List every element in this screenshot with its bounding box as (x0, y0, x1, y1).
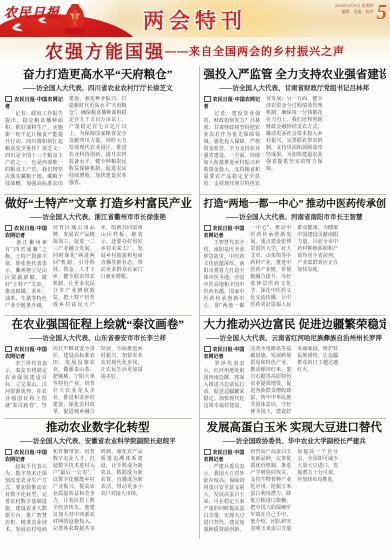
masthead: 农民日报 两会特刊 2023年3月9日 星期四 编辑 美编 校对 5 (0, 0, 390, 37)
issue-info: 2023年3月9日 星期四 编辑 美编 校对 5 (335, 3, 387, 21)
article-body: 农民日报·中国农网记者 记者：建设农业强省，财政如何发力？吕林邦：甘肃财政将坚持… (204, 96, 386, 192)
issue-lines: 2023年3月9日 星期四 编辑 美编 校对 (335, 3, 373, 15)
article-text: 记者：政府工作报告提出，稳定粮食播种面积，抓好油料生产，实施新一轮千亿斤粮食产能… (5, 96, 127, 187)
reporter-badge-icon (204, 96, 211, 102)
article-text: 记者：建设农业强省，财政如何发力？吕林邦：甘肃财政将坚持把农业农村作为优先保障领… (204, 96, 323, 187)
article-byline: 农民日报·中国农网记者 (204, 97, 261, 110)
article-title: 强投入严监管 全力支持农业强省建设 (204, 69, 386, 82)
issue-staff: 编辑 美编 校对 (335, 9, 373, 15)
main-headline: 农强方能国强 (45, 38, 165, 64)
article-section: 打造“两地一都一中心” 推动中医药传承创新发展 ——访全国人大代表、河南省南阳市… (199, 194, 387, 315)
article-section: 强投入严监管 全力支持农业强省建设 ——访全国人大代表、甘肃省财政厅党组书记吕林… (199, 66, 387, 194)
newspaper-page: 农民日报 两会特刊 2023年3月9日 星期四 编辑 美编 校对 5 农强方能国… (0, 0, 390, 557)
article-title: 大力推动兴边富民 促进边疆繁荣稳定 (204, 319, 386, 332)
article-section: 大力推动兴边富民 促进边疆繁荣稳定 ——访全国人大代表、云南省红河哈尼族彝族自治… (199, 315, 387, 418)
article-body: 农民日报·中国农网记者 记者：政府工作报告提出，稳定粮食播种面积，抓好油料生产，… (5, 96, 191, 192)
reporter-badge-icon (5, 346, 12, 352)
article-subtitle: ——访全国人大代表、四川省农业农村厅厅长徐芝文 (5, 84, 191, 93)
article-subtitle: ——访全国政协委员、华中农业大学副校长严建兵 (204, 437, 386, 446)
article-title: 做好“土特产”文章 打造乡村富民产业 (5, 198, 191, 211)
article-subtitle: ——访全国人大代表、山东省泰安市市长李兰祥 (5, 334, 191, 343)
tiananmen-pillar-icon (58, 2, 92, 36)
reporter-badge-icon (5, 449, 12, 455)
article-subtitle: ——访全国人大代表、云南省红河哈尼族彝族自治州州长罗萍 (204, 334, 386, 343)
article-subtitle: ——访全国人大代表、河南省南阳市市长王智慧 (204, 213, 386, 222)
article-section: 推动农业数字化转型 ——访全国人大代表、安徽省农业科学院副院长赵皖平 农民日报·… (4, 418, 192, 539)
article-title: 发展高蛋白玉米 实现大豆进口替代 (204, 422, 386, 435)
article-section: 做好“土特产”文章 打造乡村富民产业 ——访全国人大代表、浙江省衢州市市长徐张艳… (4, 194, 192, 315)
reporter-badge-icon (5, 225, 12, 231)
reporter-badge-icon (204, 225, 211, 231)
article-section: 奋力打造更高水平“天府粮仓” ——访全国人大代表、四川省农业农村厅厅长徐芝文 农… (4, 66, 192, 194)
article-subtitle: ——访全国人大代表、安徽省农业科学院副院长赵皖平 (5, 437, 191, 446)
reporter-badge-icon (5, 96, 12, 102)
article-title: 推动农业数字化转型 (5, 422, 191, 435)
page-number: 5 (377, 3, 388, 21)
article-subtitle: ——访全国人大代表、甘肃省财政厅党组书记吕林邦 (204, 84, 386, 93)
doves-icon (8, 16, 56, 34)
article-text: 赵皖平代表认为，数字技术正深刻改变农业生产方式。要加快推动农业数字化转型，完善农… (5, 449, 143, 533)
article-section: 在农业强国征程上绘就“泰汶画卷” ——访全国人大代表、山东省泰安市市长李兰祥 农… (4, 315, 192, 418)
article-body: 农民日报·中国农网记者 浙江衢州素有“四省通衢”之称，土特产资源丰富。徐张艳代表… (5, 225, 191, 313)
reporter-badge-icon (204, 346, 211, 352)
article-body: 农民日报·中国农网记者 严建兵委员表示，我国大豆对外依存度高，保障饲用蛋白安全意… (204, 449, 386, 537)
article-byline: 农民日报·中国农网记者 (5, 97, 63, 110)
article-title: 在农业强国征程上绘就“泰汶画卷” (5, 319, 191, 332)
article-body: 农民日报·中国农网记者 赵皖平代表认为，数字技术正深刻改变农业生产方式。要加快推… (5, 449, 191, 537)
article-section: 发展高蛋白玉米 实现大豆进口替代 ——访全国政协委员、华中农业大学副校长严建兵 … (199, 418, 387, 539)
article-text: 浙江衢州素有“四省通衢”之称，土特产资源丰富。徐张艳代表表示，衢州将立足山区资源… (5, 225, 143, 309)
article-title: 打造“两地一都一中心” 推动中医药传承创新发展 (204, 198, 386, 211)
article-body: 农民日报·中国农网记者 罗萍代表表示，红河州地处祖国西南边陲，将深入推进兴边富民… (204, 346, 386, 416)
main-headline-banner: 农强方能国强——来自全国两会的乡村振兴之声 (0, 37, 390, 64)
article-text: 李兰祥代表表示，泰安市将锚定农业强国建设目标，立足泰山、汶河资源优势，在农业强国… (5, 346, 143, 415)
article-title: 奋力打造更高水平“天府粮仓” (5, 69, 191, 82)
reporter-badge-icon (204, 449, 211, 455)
articles-grid: 奋力打造更高水平“天府粮仓” ——访全国人大代表、四川省农业农村厅厅长徐芝文 农… (0, 64, 390, 539)
article-subtitle: ——访全国人大代表、浙江省衢州市市长徐张艳 (5, 213, 191, 222)
article-body: 农民日报·中国农网记者 王智慧代表介绍，南阳是医圣张仲景故里，中医药文化底蕴深厚… (204, 225, 386, 313)
main-headline-subtitle: ——来自全国两会的乡村振兴之声 (165, 43, 345, 59)
article-body: 农民日报·中国农网记者 李兰祥代表表示，泰安市将锚定农业强国建设目标，立足泰山、… (5, 346, 191, 416)
